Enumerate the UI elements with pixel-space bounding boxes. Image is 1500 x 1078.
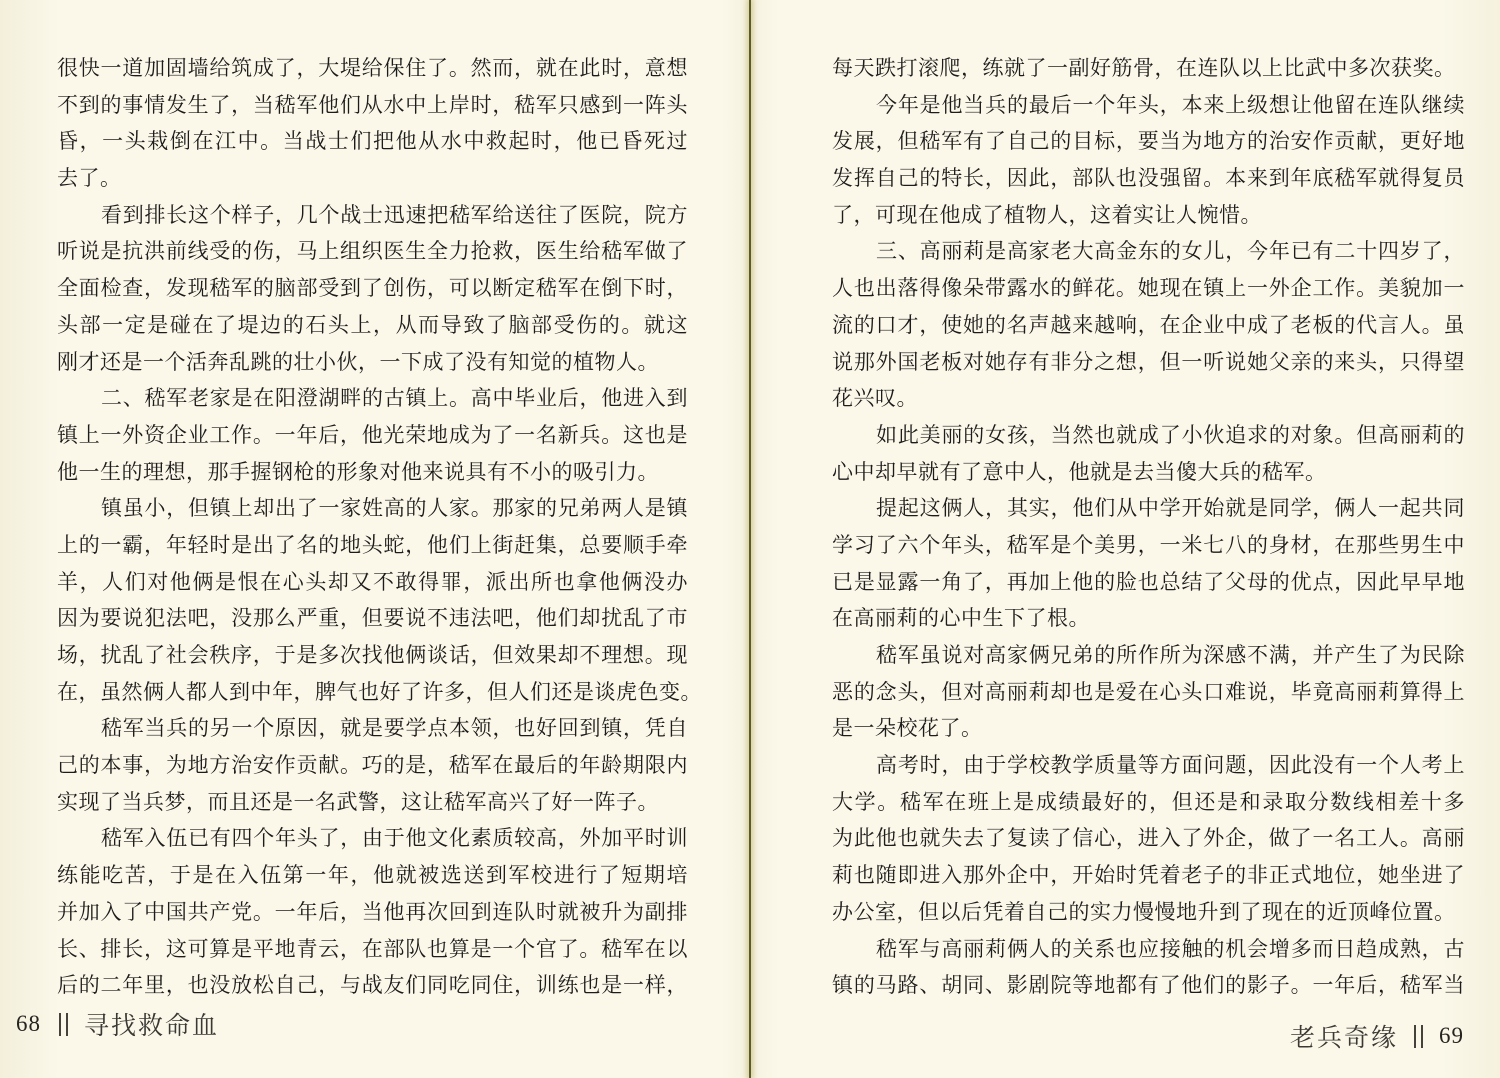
text-line: 恶的念头，但对高丽莉却也是爱在心头口难说，毕竟高丽莉算得上: [832, 674, 1465, 711]
text-line: 镇上一外资企业工作。一年后，他光荣地成为了一名新兵。这也是: [57, 417, 688, 454]
text-line: 说那外国老板对她存有非分之想，但一听说她父亲的来头，只得望: [832, 344, 1465, 381]
text-line: 嵇军虽说对高家俩兄弟的所作所为深感不满，并产生了为民除: [832, 637, 1465, 674]
left-page-number: 68: [16, 1011, 41, 1037]
text-line: 全面检查，发现嵇军的脑部受到了创伤，可以断定嵇军在倒下时，: [57, 270, 688, 307]
text-line: 场，扰乱了社会秩序，于是多次找他俩谈话，但效果却不理想。现: [57, 637, 688, 674]
text-line: 镇的马路、胡同、影剧院等地都有了他们的影子。一年后，嵇军当: [832, 967, 1465, 1004]
text-line: 长、排长，这可算是平地青云，在部队也算是一个官了。嵇军在以: [57, 931, 688, 968]
book-spread: 很快一道加固墙给筑成了，大堤给保住了。然而，就在此时，意想不到的事情发生了，当嵇…: [0, 0, 1500, 1078]
text-line: 了，可现在他成了植物人，这着实让人惋惜。: [832, 197, 1465, 234]
text-line: 实现了当兵梦，而且还是一名武警，这让嵇军高兴了好一阵子。: [57, 784, 688, 821]
text-line: 看到排长这个样子，几个战士迅速把嵇军给送往了医院，院方: [57, 197, 688, 234]
text-line: 后的二年里，也没放松自己，与战友们同吃同住，训练也是一样，: [57, 967, 688, 1004]
left-page-text-block: 很快一道加固墙给筑成了，大堤给保住了。然而，就在此时，意想不到的事情发生了，当嵇…: [57, 50, 688, 1004]
text-line: 上的一霸，年轻时是出了名的地头蛇，他们上街赶集，总要顺手牵: [57, 527, 688, 564]
text-line: 心中却早就有了意中人，他就是去当傻大兵的嵇军。: [832, 454, 1465, 491]
text-line: 不到的事情发生了，当嵇军他们从水中上岸时，嵇军只感到一阵头: [57, 87, 688, 124]
left-page-footer: 68 寻找救命血: [16, 1006, 219, 1042]
text-line: 在，虽然俩人都人到中年，脾气也好了许多，但人们还是谈虎色变。: [57, 674, 688, 711]
text-line: 三、高丽莉是高家老大高金东的女儿，今年已有二十四岁了，: [832, 233, 1465, 270]
text-line: 因为要说犯法吧，没那么严重，但要说不违法吧，他们却扰乱了市: [57, 600, 688, 637]
text-line: 羊，人们对他俩是恨在心头却又不敢得罪，派出所也拿他俩没办法，: [57, 564, 688, 601]
text-line: 每天跌打滚爬，练就了一副好筋骨，在连队以上比武中多次获奖。: [832, 50, 1465, 87]
text-line: 如此美丽的女孩，当然也就成了小伙追求的对象。但高丽莉的: [832, 417, 1465, 454]
text-line: 昏，一头栽倒在江中。当战士们把他从水中救起时，他已昏死过: [57, 123, 688, 160]
text-line: 并加入了中国共产党。一年后，当他再次回到连队时就被升为副排: [57, 894, 688, 931]
text-line: 己的本事，为地方治安作贡献。巧的是，嵇军在最后的年龄期限内: [57, 747, 688, 784]
text-line: 已是显露一角了，再加上他的脸也总结了父母的优点，因此早早地: [832, 564, 1465, 601]
text-line: 为此他也就失去了复读了信心，进入了外企，做了一名工人。高丽: [832, 820, 1465, 857]
text-line: 是一朵校花了。: [832, 710, 1465, 747]
text-line: 练能吃苦，于是在入伍第一年，他就被选送到军校进行了短期培训，: [57, 857, 688, 894]
text-line: 刚才还是一个活奔乱跳的壮小伙，一下成了没有知觉的植物人。: [57, 344, 688, 381]
right-page-footer: 老兵奇缘 69: [1290, 1018, 1464, 1054]
text-line: 很快一道加固墙给筑成了，大堤给保住了。然而，就在此时，意想: [57, 50, 688, 87]
right-page-number: 69: [1439, 1023, 1464, 1049]
text-line: 发挥自己的特长，因此，部队也没强留。本来到年底嵇军就得复员: [832, 160, 1465, 197]
text-line: 头部一定是碰在了堤边的石头上，从而导致了脑部受伤的。就这样，: [57, 307, 688, 344]
right-running-title: 老兵奇缘: [1290, 1018, 1398, 1054]
text-line: 嵇军当兵的另一个原因，就是要学点本领，也好回到镇，凭自: [57, 710, 688, 747]
text-line: 流的口才，使她的名声越来越响，在企业中成了老板的代言人。虽: [832, 307, 1465, 344]
text-line: 嵇军入伍已有四个年头了，由于他文化素质较高，外加平时训: [57, 820, 688, 857]
book-gutter-crease: [749, 0, 751, 1078]
left-running-title: 寻找救命血: [84, 1006, 219, 1042]
text-line: 在高丽莉的心中生下了根。: [832, 600, 1465, 637]
text-line: 学习了六个年头，嵇军是个美男，一米七八的身材，在那些男生中: [832, 527, 1465, 564]
text-line: 二、嵇军老家是在阳澄湖畔的古镇上。高中毕业后，他进入到: [57, 380, 688, 417]
text-line: 花兴叹。: [832, 380, 1465, 417]
text-line: 大学。嵇军在班上是成绩最好的，但还是和录取分数线相差十多分，: [832, 784, 1465, 821]
text-line: 听说是抗洪前线受的伤，马上组织医生全力抢救，医生给嵇军做了: [57, 233, 688, 270]
text-line: 莉也随即进入那外企中，开始时凭着老子的非正式地位，她坐进了: [832, 857, 1465, 894]
double-bar-divider-icon: [1414, 1025, 1423, 1048]
text-line: 发展，但嵇军有了自己的目标，要当为地方的治安作贡献，更好地: [832, 123, 1465, 160]
text-line: 办公室，但以后凭着自己的实力慢慢地升到了现在的近顶峰位置。: [832, 894, 1465, 931]
text-line: 嵇军与高丽莉俩人的关系也应接触的机会增多而日趋成熟，古: [832, 931, 1465, 968]
text-line: 去了。: [57, 160, 688, 197]
double-bar-divider-icon: [59, 1013, 68, 1036]
text-line: 高考时，由于学校教学质量等方面问题，因此没有一个人考上: [832, 747, 1465, 784]
text-line: 他一生的理想，那手握钢枪的形象对他来说具有不小的吸引力。: [57, 454, 688, 491]
right-page-text-block: 每天跌打滚爬，练就了一副好筋骨，在连队以上比武中多次获奖。今年是他当兵的最后一个…: [832, 50, 1465, 1004]
text-line: 今年是他当兵的最后一个年头，本来上级想让他留在连队继续: [832, 87, 1465, 124]
text-line: 提起这俩人，其实，他们从中学开始就是同学，俩人一起共同: [832, 490, 1465, 527]
text-line: 镇虽小，但镇上却出了一家姓高的人家。那家的兄弟两人是镇: [57, 490, 688, 527]
text-line: 人也出落得像朵带露水的鲜花。她现在镇上一外企工作。美貌加一: [832, 270, 1465, 307]
